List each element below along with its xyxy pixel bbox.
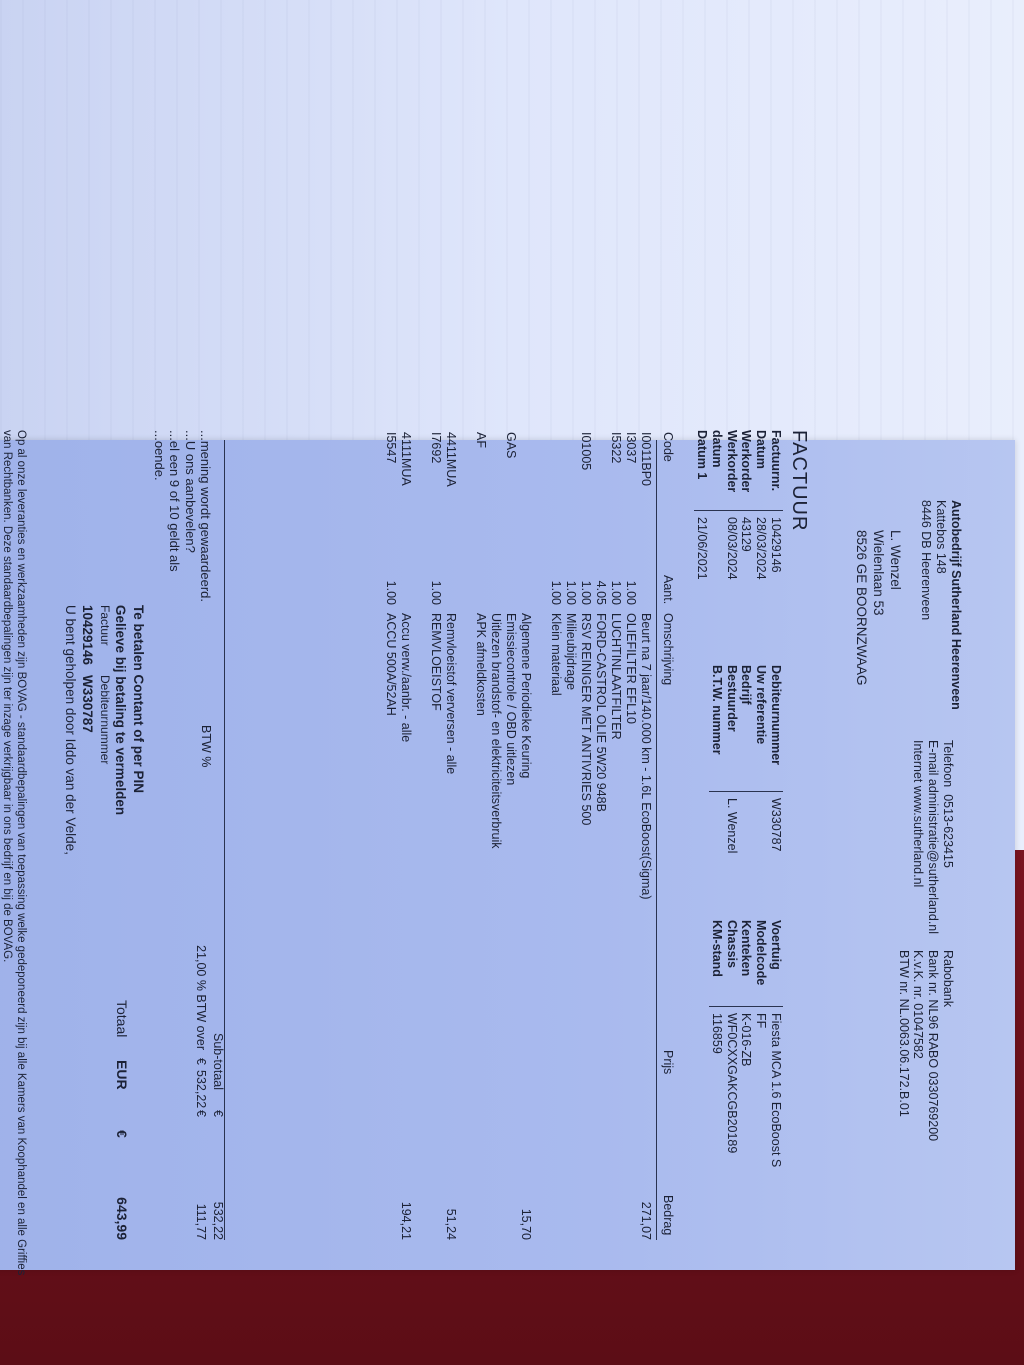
email: administratie@sutherland.nl: [926, 779, 940, 934]
customer-city: 8526 GE BOORNZWAAG: [852, 530, 869, 686]
header-amount: Bedrag: [660, 1195, 675, 1235]
table-row: Algemene Periodieke Keuring15,70: [518, 440, 533, 1240]
table-row: [458, 440, 473, 1240]
vat-value: 111,77: [193, 1204, 208, 1240]
company-contact: Telefoon 0513-623415 E-mail administrati…: [911, 740, 955, 934]
phone-label: Telefoon: [941, 740, 955, 787]
meta-value: Fiesta MCA 1.6 EcoBoost S: [768, 1006, 783, 1176]
cell-qty: 1.00: [608, 575, 623, 605]
subtotal-currency: €: [210, 1110, 225, 1117]
note-line: ...U ons aanbevelen?: [182, 430, 197, 602]
terms: Op al onze leveranties en werkzaamheden …: [0, 430, 27, 1275]
cell-code: I5322: [608, 432, 623, 502]
kvk-number: K.v.K. nr. 01047582: [911, 950, 926, 1141]
bank-name: Rabobank: [940, 950, 955, 1141]
cell-desc: APK afmeldkosten: [473, 613, 488, 716]
note-line: ...oende.: [152, 430, 167, 602]
total-value: 643,99: [113, 1197, 130, 1240]
meta-value: L. Wenzel: [724, 791, 739, 881]
vat-base-currency: €: [193, 1058, 208, 1065]
vat-label: 21,00 % BTW over: [193, 945, 208, 1050]
meta-label: Bestuurder: [724, 665, 739, 783]
vat-row: 21,00 % BTW over € 532,22 € 111,77: [191, 920, 208, 1240]
payment-subtitle: Gelieve bij betaling te vermelden: [112, 605, 130, 855]
email-label: E-mail: [926, 740, 940, 775]
meta-label: Factuurnr.: [768, 430, 783, 502]
invoice-meta: Factuurnr.10429146Datum28/03/2024Werkord…: [695, 430, 784, 600]
payment-title: Te betalen Contant of per PIN: [129, 605, 147, 855]
cell-desc: LUCHTINLAATFILTER: [608, 613, 623, 740]
cell-desc: Accu verw./aanbr. - alle: [398, 613, 413, 742]
invoice-title: FACTUUR: [786, 430, 810, 531]
cell-code: I01005: [578, 432, 593, 502]
cell-qty: 1.00: [578, 575, 593, 605]
vat-currency: €: [193, 1110, 208, 1117]
company-street: Kattebos 148: [934, 500, 949, 710]
header-price: Prijs: [660, 1050, 675, 1074]
meta-label: Debiteurnummer: [768, 665, 783, 783]
cell-code: I5547: [383, 432, 398, 502]
company-bank: Rabobank Bank nr. NL96 RABO 0330769200 K…: [896, 950, 955, 1141]
meta-label: Chassis: [724, 920, 739, 998]
table-row: [533, 440, 548, 1240]
meta-value: K-016-ZB: [739, 1006, 754, 1176]
table-row: 4111MUAAccu verw./aanbr. - alle194,21: [398, 440, 413, 1240]
total-currency-symbol: €: [113, 1130, 130, 1138]
customer-street: Wielenlaan 53: [869, 530, 886, 686]
table-header: Code Aant. Omschrijving Prijs Bedrag: [656, 440, 677, 1240]
cell-desc: ACCU 500A/52AH: [383, 613, 398, 716]
payment-debtor-number: W330787: [79, 675, 97, 795]
btw-percent-label: BTW %: [198, 725, 213, 767]
meta-value: FF: [754, 1006, 769, 1176]
helped-by: U bent geholpen door Iddo van der Velde,: [61, 605, 79, 855]
cell-code: I3037: [623, 432, 638, 502]
meta-label: Datum: [754, 430, 769, 502]
meta-label: Modelcode: [754, 920, 769, 998]
meta-label: Datum 1: [695, 430, 710, 502]
subtotal-value: 532,22: [210, 1202, 225, 1240]
meta-value: 43129: [739, 510, 754, 600]
cell-amount: 271,07: [638, 1160, 653, 1240]
meta-value: [709, 791, 724, 881]
totals: Sub-totaal € 532,22 21,00 % BTW over € 5…: [191, 920, 225, 1240]
meta-value: W330787: [768, 791, 783, 881]
meta-value: 28/03/2024: [754, 510, 769, 600]
customer-address: L. Wenzel Wielenlaan 53 8526 GE BOORNZWA…: [852, 530, 903, 686]
phone: 0513-623415: [941, 794, 955, 868]
website: www.sutherland.nl: [912, 786, 926, 887]
meta-label: B.T.W. nummer: [709, 665, 724, 783]
meta-value: 08/03/2024: [709, 510, 739, 600]
cell-desc: Milieubijdrage: [563, 613, 578, 690]
cell-desc: REMVLOEISTOF: [428, 613, 443, 711]
meta-label: Bedrijf: [739, 665, 754, 783]
subtotal-label: Sub-totaal: [210, 1033, 225, 1090]
invoice-sheet-rotated: Autobedrijf Sutherland Heerenveen Katteb…: [0, 440, 1015, 1270]
payment-col-invoice: Factuur: [96, 605, 112, 675]
total-currency-code: EUR: [113, 1060, 130, 1090]
vat-base: 532,22: [193, 1070, 208, 1108]
cell-desc: RSV REINIGER MET ANTIVRIES 500: [578, 613, 593, 825]
table-row: I76921.00REMVLOEISTOF: [428, 440, 443, 1240]
table-row: I0011BP0Beurt na 7 jaar/140.000 km - 1.6…: [638, 440, 653, 1240]
terms-line-2: van Rechtbanken. Deze standaardbepalinge…: [0, 430, 13, 1275]
cell-code: AF: [473, 432, 488, 502]
table-row: I010051.00RSV REINIGER MET ANTIVRIES 500: [578, 440, 593, 1240]
subtotal-row: Sub-totaal € 532,22: [208, 920, 225, 1240]
cell-qty: 1.00: [383, 575, 398, 605]
meta-value: [739, 791, 754, 881]
vehicle-meta: VoertuigFiesta MCA 1.6 EcoBoost SModelco…: [709, 920, 783, 1176]
payment-info: Te betalen Contant of per PIN Gelieve bi…: [61, 605, 147, 855]
note-line: ...mening wordt gewaardeerd.: [198, 430, 213, 602]
customer-name: L. Wenzel: [886, 530, 903, 686]
cell-qty: 1.00: [548, 575, 563, 605]
cell-code: GAS: [503, 432, 518, 502]
cell-desc: Algemene Periodieke Keuring: [518, 613, 533, 778]
meta-value: WF0CXXGAKCGB20189: [724, 1006, 739, 1176]
meta-label: Kenteken: [739, 920, 754, 998]
table-row: 1.00Milieubijdrage: [563, 440, 578, 1240]
meta-label: Uw referentie: [754, 665, 769, 783]
terms-line-1: Op al onze leveranties en werkzaamheden …: [13, 430, 27, 1275]
debtor-meta: DebiteurnummerW330787Uw referentieBedrij…: [709, 665, 783, 881]
web-label: Internet: [912, 740, 926, 782]
company-address: Autobedrijf Sutherland Heerenveen Katteb…: [919, 500, 963, 710]
cell-desc: Uitlezen brandstof- en elektriciteitsver…: [488, 613, 503, 849]
cell-amount: 15,70: [518, 1160, 533, 1240]
cell-amount: 194,21: [398, 1160, 413, 1240]
meta-label: Werkorder datum: [709, 430, 739, 502]
table-row: Uitlezen brandstof- en elektriciteitsver…: [488, 440, 503, 1240]
cell-code: I0011BP0: [638, 432, 653, 502]
table-row: I53221.00LUCHTINLAATFILTER: [608, 440, 623, 1240]
table-row: 4.05FORD-CASTROL OLIE 5W20 948B: [593, 440, 608, 1240]
header-description: Omschrijving: [660, 613, 675, 685]
cell-code: I7692: [428, 432, 443, 502]
bank-number: Bank nr. NL96 RABO 0330769200: [926, 950, 941, 1141]
company-name: Autobedrijf Sutherland Heerenveen: [948, 500, 963, 710]
total-label: Totaal: [113, 1000, 130, 1037]
meta-value: 116859: [709, 1006, 724, 1176]
btw-number: BTW nr. NL.0063.06.172.B.01: [896, 950, 911, 1141]
company-city: 8446 DB Heerenveen: [919, 500, 934, 710]
cell-qty: 1.00: [563, 575, 578, 605]
cell-qty: 1.00: [623, 575, 638, 605]
meta-label: Werkorder: [739, 430, 754, 502]
payment-col-debtor: Debiteurnummer: [96, 675, 112, 795]
cell-amount: 51,24: [443, 1160, 458, 1240]
header-qty: Aant.: [660, 575, 675, 604]
table-row: 1.00Klein materiaal: [548, 440, 563, 1240]
invoice-sheet: Autobedrijf Sutherland Heerenveen Katteb…: [0, 440, 1015, 1270]
cell-qty: 1.00: [428, 575, 443, 605]
cell-desc: Beurt na 7 jaar/140.000 km - 1.6L EcoBoo…: [638, 613, 653, 900]
table-row: I30371.00OLIEFILTER EFL10: [623, 440, 638, 1240]
table-row: I55471.00ACCU 500A/52AH: [383, 440, 398, 1240]
payment-invoice-number: 10429146: [79, 605, 97, 675]
cell-desc: OLIEFILTER EFL10: [623, 613, 638, 724]
review-note: ...mening wordt gewaardeerd....U ons aan…: [152, 430, 213, 602]
meta-value: [754, 791, 769, 881]
table-row: AFAPK afmeldkosten: [473, 440, 488, 1240]
table-row: [413, 440, 428, 1240]
cell-desc: FORD-CASTROL OLIE 5W20 948B: [593, 613, 608, 812]
note-line: ...el een 9 of 10 geldt als: [167, 430, 182, 602]
invoice-lines: I0011BP0Beurt na 7 jaar/140.000 km - 1.6…: [383, 440, 653, 1240]
cell-code: 4411MUA: [443, 432, 458, 502]
cell-qty: 4.05: [593, 575, 608, 605]
cell-desc: Klein materiaal: [548, 613, 563, 696]
header-code: Code: [660, 432, 675, 462]
table-row: GASEmissiecontrole / OBD uitlezen: [503, 440, 518, 1240]
cell-desc: Remvloeistof verversen - alle: [443, 613, 458, 774]
meta-label: Voertuig: [768, 920, 783, 998]
meta-value: 10429146: [768, 510, 783, 600]
meta-label: KM-stand: [709, 920, 724, 998]
cell-desc: Emissiecontrole / OBD uitlezen: [503, 613, 518, 785]
cell-code: 4111MUA: [398, 432, 413, 502]
meta-value: 21/06/2021: [695, 510, 710, 600]
table-row: 4411MUARemvloeistof verversen - alle51,2…: [443, 440, 458, 1240]
